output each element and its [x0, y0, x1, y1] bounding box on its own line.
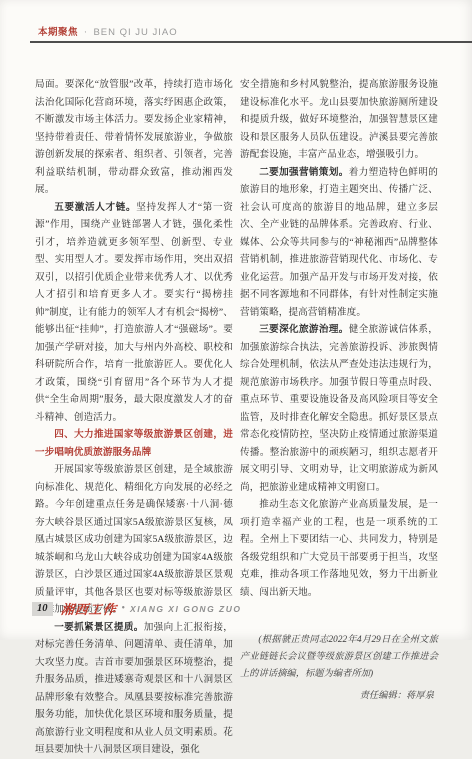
section-pinyin: BEN QI JU JIAO	[93, 27, 177, 38]
right-column: 安全措施和乡村风貌整治，提高旅游服务设施建设标准化水平。龙山县要加快旅游厕所建设…	[240, 76, 438, 640]
magazine-logo: 湘西工作	[60, 599, 118, 618]
paragraph: 一要抓紧景区提质。加强向上汇报衔接，对标完善任务清单、问题清单、责任清单，加大攻…	[35, 619, 233, 641]
section-label: 本期聚焦	[38, 27, 78, 38]
paragraph-text: 推动生态文化旅游产业高质量发展，是一项打造幸福产业的工程，也是一项系统的工程。全…	[240, 499, 438, 598]
page-footer: 10 湘西工作 • XIANG XI GONG ZUO	[32, 599, 241, 618]
paragraph-lead: 五要激活人才链。	[54, 202, 136, 213]
paragraph: 三要深化旅游治理。健全旅游诚信体系，加强旅游综合执法，完善旅游投诉、涉旅舆情综合…	[240, 321, 438, 496]
paragraph-text: 健全旅游诚信体系，加强旅游综合执法，完善旅游投诉、涉旅舆情综合处理机制，依法从严…	[240, 324, 438, 493]
page-number: 10	[32, 602, 53, 616]
note-text: (根据虢正贵同志2022年4月29日在全州文旅产业链链长会议暨等级旅游景区创建工…	[240, 634, 438, 640]
paragraph: 开展国家等级旅游景区创建，是全域旅游向标准化、规范化、精细化方向发展的必经之路。…	[35, 461, 233, 619]
paragraph: 局面。要深化“放管服”改革，持续打造市场化法治化国际化营商环境，落实纾困惠企政策…	[35, 76, 233, 199]
paragraph: 五要激活人才链。坚持发挥人才“第一资源”作用，围绕产业链部署人才链，强化柔性引才…	[35, 199, 233, 427]
paragraph: 二要加强营销策划。着力塑造特色鲜明的旅游目的地形象，打造主题突出、传播广泛、社会…	[240, 164, 438, 322]
paragraph: 推动生态文化旅游产业高质量发展，是一项打造幸福产业的工程，也是一项系统的工程。全…	[240, 496, 438, 601]
section-heading: 四、大力推进国家等级旅游景区创建，进一步唱响优质旅游服务品牌	[35, 426, 233, 461]
source-note: (根据虢正贵同志2022年4月29日在全州文旅产业链链长会议暨等级旅游景区创建工…	[240, 631, 438, 640]
header-separator: ·	[84, 28, 88, 38]
page-header: 本期聚焦 · BEN QI JU JIAO	[38, 24, 178, 38]
header-rule	[30, 41, 472, 43]
left-column: 局面。要深化“放管服”改革，持续打造市场化法治化国际化营商环境，落实纾困惠企政策…	[35, 76, 233, 640]
paragraph-text: 坚持发挥人才“第一资源”作用，围绕产业链部署人才链，强化柔性引才，培养造就更多领…	[35, 202, 233, 423]
paragraph-lead: 三要深化旅游治理。	[259, 324, 349, 335]
heading-text: 四、大力推进国家等级旅游景区创建，进一步唱响优质旅游服务品牌	[35, 429, 233, 458]
paragraph-text: 局面。要深化“放管服”改革，持续打造市场化法治化国际化营商环境，落实纾困惠企政策…	[35, 79, 233, 195]
magazine-page: 本期聚焦 · BEN QI JU JIAO 局面。要深化“放管服”改革，持续打造…	[0, 0, 472, 640]
magazine-pinyin: XIANG XI GONG ZUO	[130, 604, 241, 614]
paragraph-text: 开展国家等级旅游景区创建，是全域旅游向标准化、规范化、精细化方向发展的必经之路。…	[35, 464, 233, 615]
paragraph-lead: 二要加强营销策划。	[259, 167, 349, 178]
footer-bullet: •	[122, 603, 126, 614]
paragraph-text: 安全措施和乡村风貌整治，提高旅游服务设施建设标准化水平。龙山县要加快旅游厕所建设…	[240, 79, 438, 160]
paragraph-text: 着力塑造特色鲜明的旅游目的地形象，打造主题突出、传播广泛、社会认可度高的旅游目的…	[240, 167, 438, 318]
paragraph: 安全措施和乡村风貌整治，提高旅游服务设施建设标准化水平。龙山县要加快旅游厕所建设…	[240, 76, 438, 164]
paragraph-lead: 一要抓紧景区提质。	[54, 622, 144, 633]
